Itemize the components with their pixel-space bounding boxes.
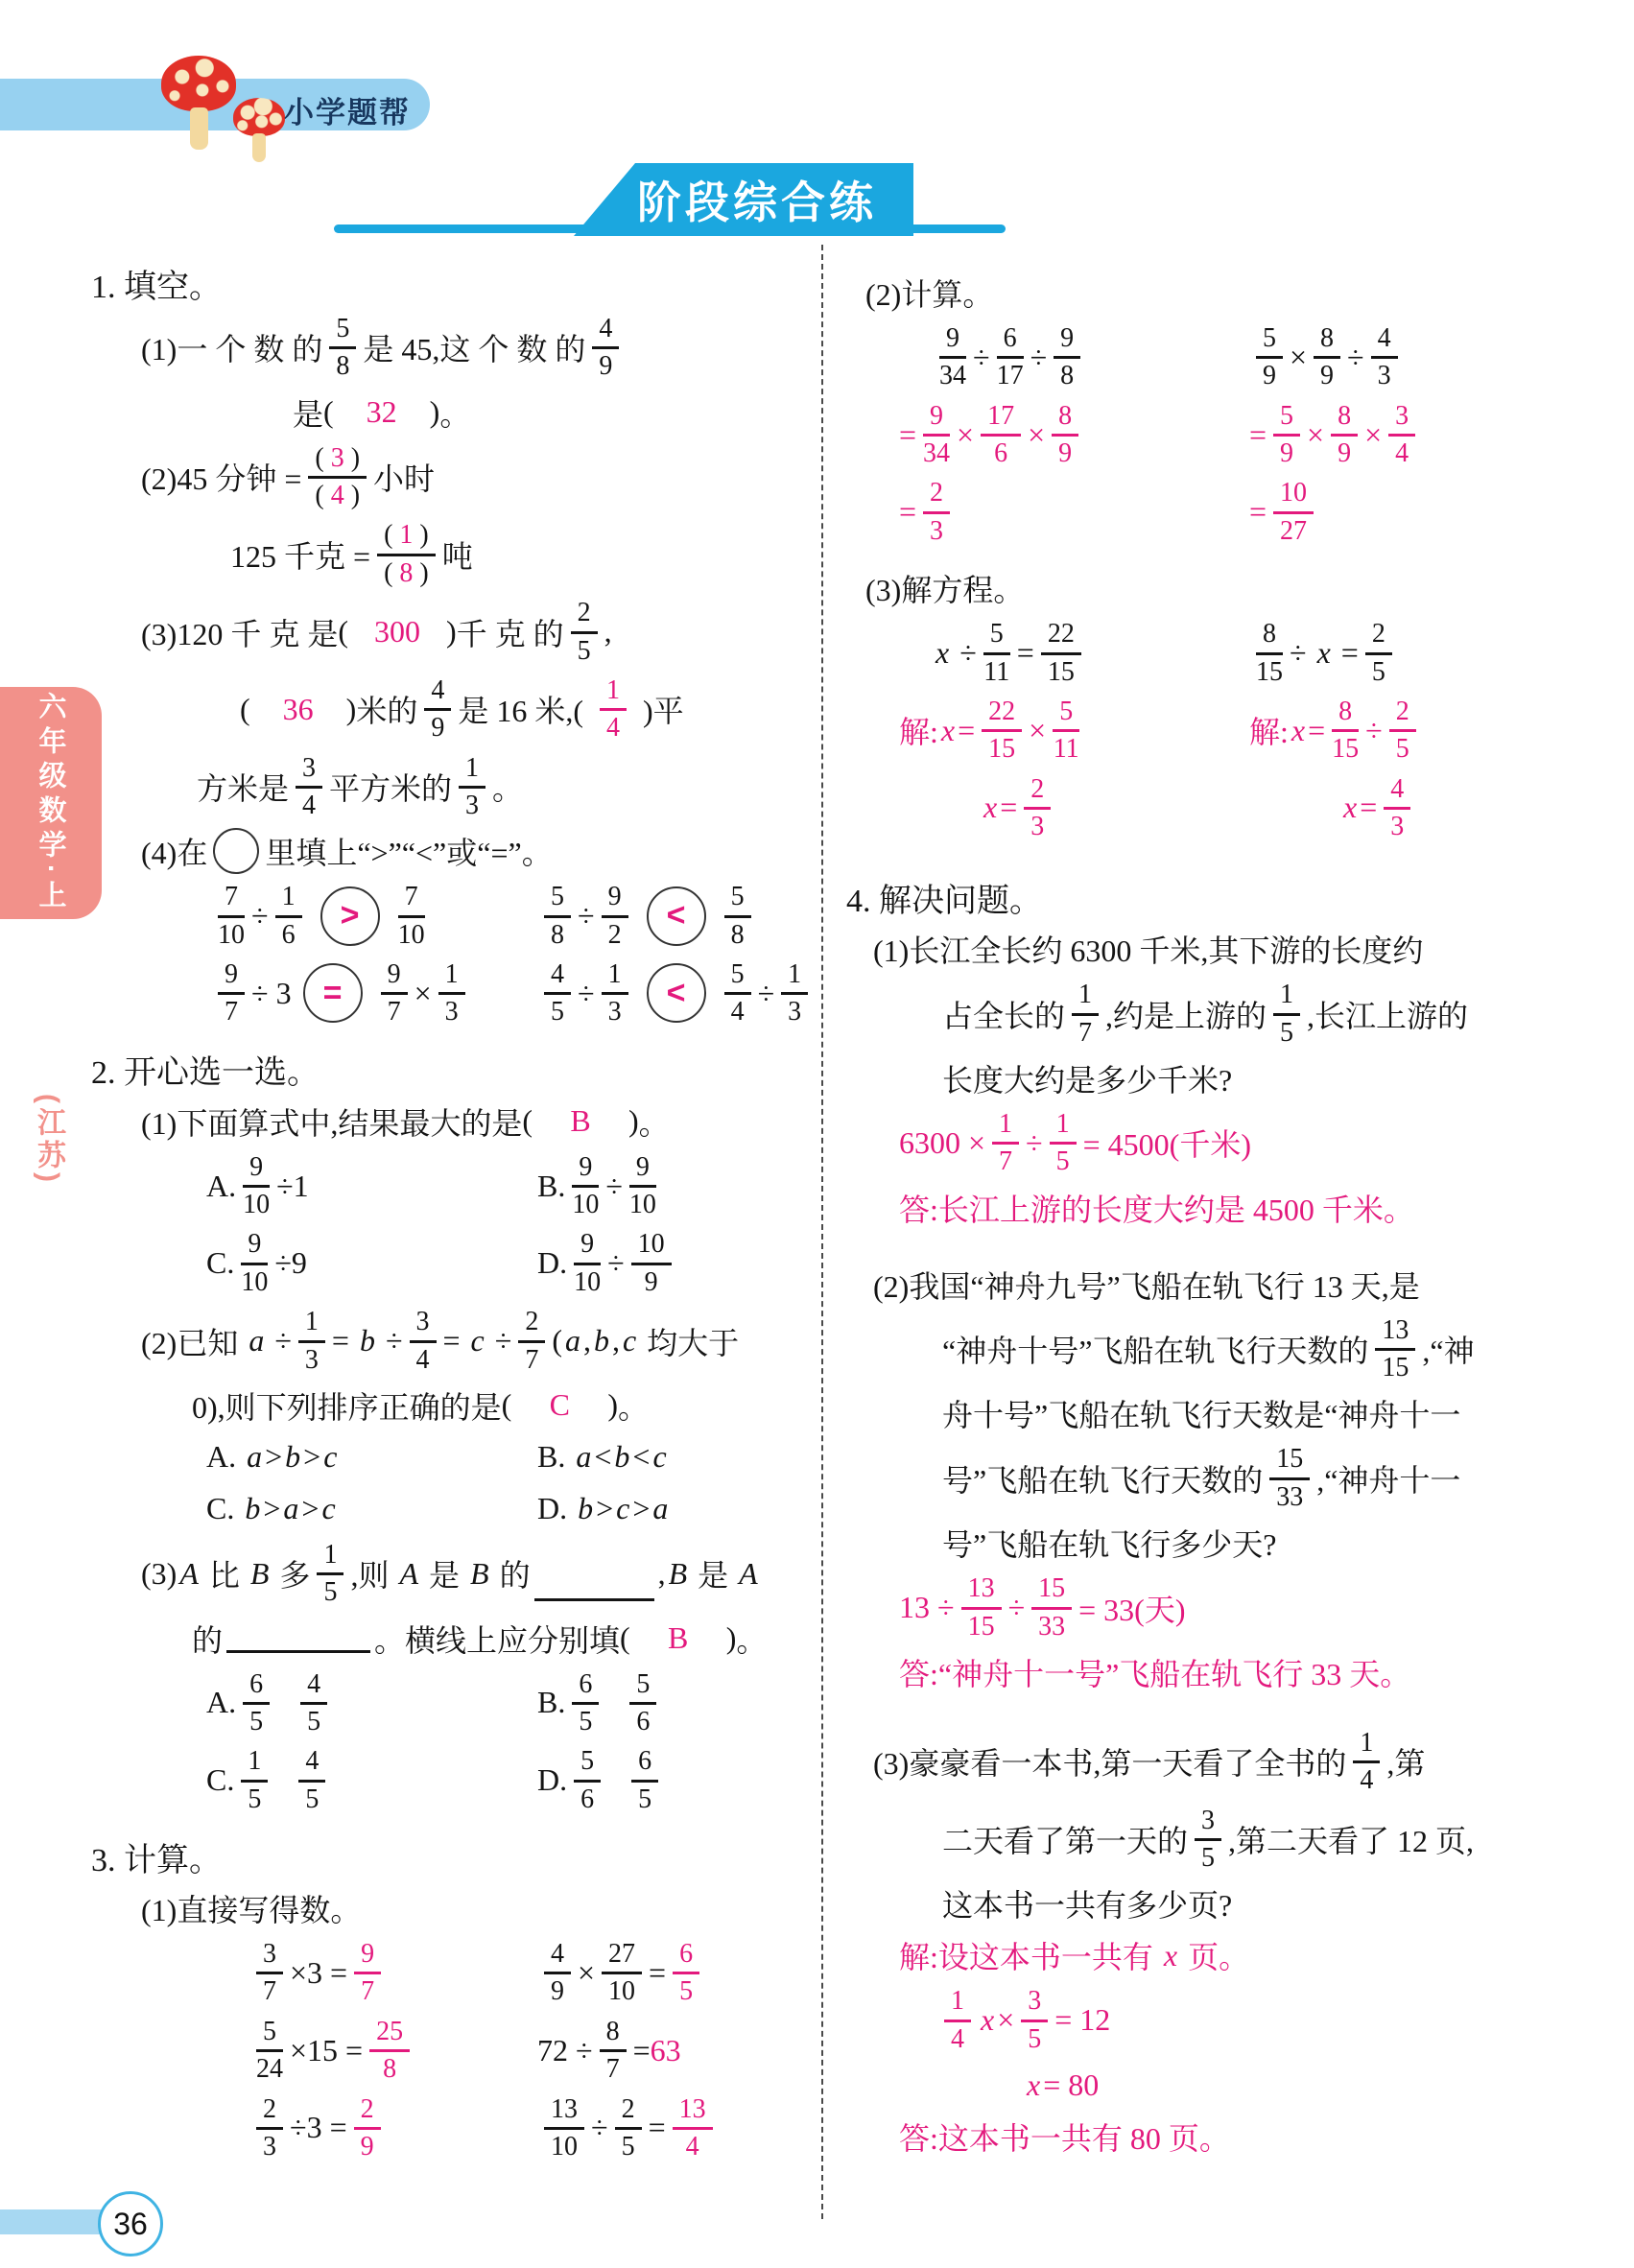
q4-item2-calc: 13 ÷1315÷1533= 33(天) — [846, 1571, 1628, 1644]
fraction: 65 — [572, 1669, 599, 1737]
fraction: 14 — [1353, 1728, 1380, 1796]
fraction: 65 — [673, 1939, 699, 2007]
fraction: 29 — [354, 2094, 381, 2162]
expr-right: 45÷13<54÷13 — [537, 957, 815, 1030]
q4-item3-answer: 答:这本书一共有 80 页。 — [846, 2113, 1628, 2161]
fraction: 2710 — [602, 1939, 642, 2007]
fraction: 54 — [724, 959, 751, 1028]
fraction: 23 — [256, 2094, 283, 2162]
fraction: 910 — [572, 1152, 599, 1220]
fraction: 35 — [1195, 1806, 1221, 1874]
q1-item4-heading: (4)在里填上“>”“<”或“=”。 — [91, 827, 818, 875]
fraction: 49 — [424, 675, 451, 744]
q3-item3-heading: (3)解方程。 — [846, 564, 1628, 612]
logo-text: 小学题帮 — [284, 88, 411, 131]
fraction: 15 — [241, 1746, 268, 1814]
fraction: 14 — [600, 675, 627, 744]
fraction: 34 — [1388, 401, 1415, 469]
q3-item2-expr: 934÷617÷98 59×89÷43 — [846, 320, 1628, 394]
page-number: 36 — [98, 2191, 163, 2256]
fraction: 815 — [1332, 697, 1359, 765]
mushroom-cap — [161, 56, 236, 111]
fraction: 13 — [298, 1307, 325, 1375]
fraction: 45 — [544, 959, 571, 1028]
fraction: 45 — [300, 1669, 327, 1737]
fraction: 89 — [1314, 323, 1340, 391]
q4-item1-answer: 答:长江上游的长度大约是 4500 千米。 — [846, 1184, 1628, 1232]
fraction: 37 — [256, 1939, 283, 2007]
fraction: 934 — [923, 401, 950, 469]
fraction: 25 — [1389, 697, 1416, 765]
q4-item1-line1: (1)长江全长约 6300 千米,其下游的长度约 — [846, 925, 1628, 973]
q2-item1-options-row1: A.910÷1 B.910÷910 — [91, 1149, 818, 1223]
solve-left: 解:x=2215×511 — [846, 694, 1249, 768]
fraction: 617 — [997, 323, 1024, 391]
fraction: 16 — [275, 882, 302, 950]
q1-item3-line1: (3)120 千 克 是(300)千 克 的25, — [91, 595, 818, 669]
comparison-circle-answer: < — [647, 963, 706, 1023]
expr-left: 710÷16>710 — [91, 879, 537, 953]
result-left: x=23 — [846, 771, 1249, 845]
blank-underline — [226, 1618, 370, 1653]
q3-item3-solve: 解:x=2215×511 解:x=815÷25 — [846, 694, 1628, 768]
q4-item1-calc: 6300 ×17÷15= 4500(千米) — [846, 1106, 1628, 1180]
option-d: D.5665 — [537, 1743, 665, 1817]
q3-item2-result: =23 =1027 — [846, 475, 1628, 549]
fraction: 176 — [981, 401, 1021, 469]
solve-right: 解:x=815÷25 — [1249, 694, 1423, 768]
fraction: 23 — [923, 478, 950, 546]
blank-circle — [213, 828, 259, 874]
fraction: 1533 — [1269, 1444, 1310, 1512]
option-a: A. a>b>c — [91, 1439, 537, 1475]
fraction: 98 — [1054, 323, 1080, 391]
option-b: B.6556 — [537, 1666, 663, 1740]
fraction: 17 — [992, 1109, 1019, 1177]
q3-item1-heading: (1)直接写得数。 — [91, 1884, 818, 1932]
q1-item1-line2: 是(32)。 — [91, 389, 818, 437]
fraction: 910 — [243, 1152, 270, 1220]
fraction: 17 — [1072, 980, 1099, 1048]
expr-right: 72 ÷87=63 — [537, 2014, 681, 2088]
q4-item2-line1: (2)我国“神舟九号”飞船在轨飞行 13 天,是 — [846, 1261, 1628, 1309]
fraction: 1315 — [961, 1573, 1002, 1642]
fraction: 13 — [438, 959, 465, 1028]
answer-blank: (32) — [323, 394, 439, 430]
option-c: C.1545 — [91, 1743, 537, 1817]
fraction: 25 — [571, 598, 598, 666]
q1-compare-row2: 97÷ 3=97×13 45÷13<54÷13 — [91, 957, 818, 1030]
option-b: B.910÷910 — [537, 1149, 663, 1223]
fraction: 58 — [724, 882, 751, 950]
q2-item3-options-row2: C.1545 D.5665 — [91, 1743, 818, 1817]
q4-item3-line3: 这本书一共有多少页? — [846, 1879, 1628, 1927]
right-column: (2)计算。 934÷617÷98 59×89÷43 =934×176×89 =… — [846, 265, 1628, 2164]
fraction: 58 — [329, 314, 356, 382]
fraction: 1310 — [544, 2094, 584, 2162]
fraction: 25 — [615, 2094, 642, 2162]
answer-blank: (B) — [620, 1620, 736, 1656]
option-c: C. b>a>c — [91, 1491, 537, 1526]
expr-right: 49×2710=65 — [537, 1936, 706, 2010]
option-d: D.910÷109 — [537, 1226, 678, 1300]
fraction: 1533 — [1031, 1573, 1072, 1642]
step-right: =59×89×34 — [1249, 398, 1422, 472]
fraction: 23 — [1024, 774, 1051, 842]
fraction: 2215 — [982, 697, 1022, 765]
fraction: 934 — [939, 323, 966, 391]
workbook-page: 小学题帮 阶段综合练 六年级数学·上 (江苏) 36 1. 填空。 (1)一 个… — [0, 0, 1634, 2268]
q2-item2-options-row1: A. a>b>c B. a<b<c — [91, 1433, 818, 1481]
fraction: ( 3 )( 4 ) — [308, 443, 367, 511]
q2-item3-line1: (3)A 比 B 多15,则 A 是 B 的,B 是 A — [91, 1537, 818, 1611]
mushroom-small-icon — [233, 98, 285, 162]
expr-left: 23÷3 =29 — [91, 2091, 537, 2165]
fraction: 134 — [673, 2094, 713, 2162]
fraction: ( 1 )( 8 ) — [377, 520, 436, 588]
sidebar-grade-label: 六年级数学·上 — [32, 692, 71, 915]
q4-item3-result: x= 80 — [846, 2061, 1628, 2109]
fraction: 13 — [781, 959, 808, 1028]
q4-item3-equation: 14x×35= 12 — [846, 1983, 1628, 2057]
fraction: 15 — [1273, 980, 1300, 1048]
q1-item2-line2: 125 千克 =( 1 )( 8 )吨 — [91, 517, 818, 591]
q3-calc-row3: 23÷3 =29 1310÷25=134 — [91, 2091, 818, 2165]
fraction: 34 — [410, 1307, 437, 1375]
left-column: 1. 填空。 (1)一 个 数 的58是 45,这 个 数 的49 是(32)。… — [91, 255, 818, 2168]
fraction: 56 — [574, 1746, 601, 1814]
q1-item3-line3: 方米是34平方米的13。 — [91, 750, 818, 824]
step-left: =934×176×89 — [846, 398, 1249, 472]
mushroom-icon — [161, 56, 236, 150]
q4-item3-line2: 二天看了第一天的35,第二天看了 12 页, — [846, 1803, 1628, 1877]
q2-item3-line2: 的。横线上应分别填(B)。 — [91, 1615, 818, 1663]
fraction: 710 — [218, 882, 245, 950]
sidebar-tab: 六年级数学·上 — [0, 687, 102, 919]
q4-item3-line1: (3)豪豪看一本书,第一天看了全书的14,第 — [846, 1725, 1628, 1799]
q2-item1-heading: (1)下面算式中,结果最大的是(B)。 — [91, 1098, 818, 1146]
expr-left: 37×3 =97 — [91, 1936, 537, 2010]
q2-item2-line2: 0),则下列排序正确的是(C)。 — [91, 1382, 818, 1429]
fraction: 27 — [518, 1307, 545, 1375]
expr-left: 97÷ 3=97×13 — [91, 957, 537, 1030]
expr-left: 934÷617÷98 — [846, 320, 1249, 394]
answer-blank: (C) — [502, 1387, 618, 1423]
column-divider — [821, 245, 823, 2219]
result-left: =23 — [846, 475, 1249, 549]
mushroom-cap — [233, 98, 285, 136]
fraction: 511 — [1053, 697, 1079, 765]
expr-right: 58÷92<58 — [537, 879, 758, 953]
q3-heading: 3. 计算。 — [91, 1832, 818, 1880]
sidebar-region-label: (江苏) — [27, 1094, 69, 1186]
fraction: 34 — [296, 753, 322, 821]
expr-right: 1310÷25=134 — [537, 2091, 720, 2165]
fraction: 45 — [298, 1746, 325, 1814]
q1-item2-line1: (2)45 分钟 =( 3 )( 4 )小时 — [91, 440, 818, 514]
fraction: 58 — [544, 882, 571, 950]
expr-left: 524×15 =258 — [91, 2014, 537, 2088]
q4-heading: 4. 解决问题。 — [846, 873, 1628, 921]
fraction: 43 — [1384, 774, 1410, 842]
fraction: 65 — [243, 1669, 270, 1737]
fraction: 35 — [1021, 1986, 1048, 2054]
page-title: 阶段综合练 — [574, 163, 913, 236]
q4-item3-solve: 解:设这本书一共有 x 页。 — [846, 1931, 1628, 1979]
q3-calc-row2: 524×15 =258 72 ÷87=63 — [91, 2014, 818, 2088]
equation-right: 815÷ x =25 — [1249, 616, 1399, 690]
comparison-circle-answer: = — [303, 963, 363, 1023]
option-a: A.6545 — [91, 1666, 537, 1740]
q3-item2-step: =934×176×89 =59×89×34 — [846, 398, 1628, 472]
fraction: 92 — [602, 882, 628, 950]
fraction: 13 — [459, 753, 485, 821]
fraction: 15 — [1050, 1109, 1077, 1177]
fraction: 2215 — [1041, 619, 1081, 687]
q2-item1-options-row2: C.910÷9 D.910÷109 — [91, 1226, 818, 1300]
fraction: 43 — [1371, 323, 1398, 391]
option-a: A.910÷1 — [91, 1149, 537, 1223]
fraction: 56 — [629, 1669, 656, 1737]
q1-heading: 1. 填空。 — [91, 259, 818, 307]
option-b: B. a<b<c — [537, 1439, 670, 1475]
option-c: C.910÷9 — [91, 1226, 537, 1300]
q3-item3-result: x=23 x=43 — [846, 771, 1628, 845]
fraction: 910 — [629, 1152, 656, 1220]
q2-item2-options-row2: C. b>a>c D. b>c>a — [91, 1485, 818, 1533]
fraction: 65 — [631, 1746, 658, 1814]
fraction: 89 — [1052, 401, 1078, 469]
equation-left: x ÷511=2215 — [846, 616, 1249, 690]
q4-item2-answer: 答:“神舟十一号”飞船在轨飞行 33 天。 — [846, 1648, 1628, 1696]
q3-calc-row1: 37×3 =97 49×2710=65 — [91, 1936, 818, 2010]
fraction: 59 — [1256, 323, 1283, 391]
q4-item1-line3: 长度大约是多少千米? — [846, 1054, 1628, 1102]
answer-blank: (B) — [522, 1103, 638, 1139]
fraction: 59 — [1273, 401, 1300, 469]
comparison-circle-answer: > — [320, 886, 380, 946]
fraction: 15 — [317, 1540, 343, 1608]
fraction: 89 — [1331, 401, 1358, 469]
fraction: 109 — [631, 1229, 672, 1297]
q4-item2-line3: 舟十号”飞船在轨飞行天数是“神舟十一 — [846, 1389, 1628, 1437]
q3-item3-equations: x ÷511=2215 815÷ x =25 — [846, 616, 1628, 690]
fraction: 49 — [544, 1939, 571, 2007]
fraction: 97 — [218, 959, 245, 1028]
q4-item2-line5: 号”飞船在轨飞行多少天? — [846, 1519, 1628, 1567]
expr-right: 59×89÷43 — [1249, 320, 1405, 394]
fraction: 97 — [381, 959, 408, 1028]
fraction: 258 — [369, 2017, 410, 2085]
fraction: 13 — [602, 959, 628, 1028]
fraction: 1315 — [1375, 1315, 1415, 1383]
fraction: 97 — [354, 1939, 381, 2007]
answer-blank: (300) — [338, 614, 456, 650]
q1-compare-row1: 710÷16>710 58÷92<58 — [91, 879, 818, 953]
blank-underline — [534, 1566, 654, 1601]
fraction: 910 — [241, 1229, 268, 1297]
fraction: 524 — [256, 2017, 283, 2085]
q2-item2-line1: (2)已知 a ÷13= b ÷34= c ÷27(a,b,c 均大于 — [91, 1304, 818, 1378]
fraction: 49 — [592, 314, 619, 382]
q2-heading: 2. 开心选一选。 — [91, 1046, 818, 1094]
fraction: 14 — [944, 1986, 971, 2054]
comparison-circle-answer: < — [647, 886, 706, 946]
q3-item2-heading: (2)计算。 — [846, 269, 1628, 317]
q4-item2-line2: “神舟十号”飞船在轨飞行天数的1315,“神 — [846, 1312, 1628, 1386]
q1-item1-line1: (1)一 个 数 的58是 45,这 个 数 的49 — [91, 311, 818, 385]
q4-item2-line4: 号”飞船在轨飞行天数的1533,“神舟十一 — [846, 1441, 1628, 1515]
fraction: 511 — [983, 619, 1010, 687]
fraction: 1027 — [1273, 478, 1314, 546]
mushroom-stem — [252, 133, 266, 162]
fraction: 25 — [1365, 619, 1392, 687]
option-d: D. b>c>a — [537, 1491, 671, 1526]
result-right: x=43 — [1249, 771, 1417, 845]
result-right: =1027 — [1249, 475, 1320, 549]
mushroom-stem — [190, 107, 208, 150]
fraction: 910 — [574, 1229, 601, 1297]
fraction: 87 — [600, 2017, 627, 2085]
q1-item3-line2: (36)米的49是 16 米,(14)平 — [91, 673, 818, 746]
fraction: 815 — [1256, 619, 1283, 687]
q4-item1-line2: 占全长的17,约是上游的15,长江上游的 — [846, 977, 1628, 1051]
q2-item3-options-row1: A.6545 B.6556 — [91, 1666, 818, 1740]
answer-blank: (36) — [240, 692, 356, 727]
fraction: 710 — [398, 882, 425, 950]
